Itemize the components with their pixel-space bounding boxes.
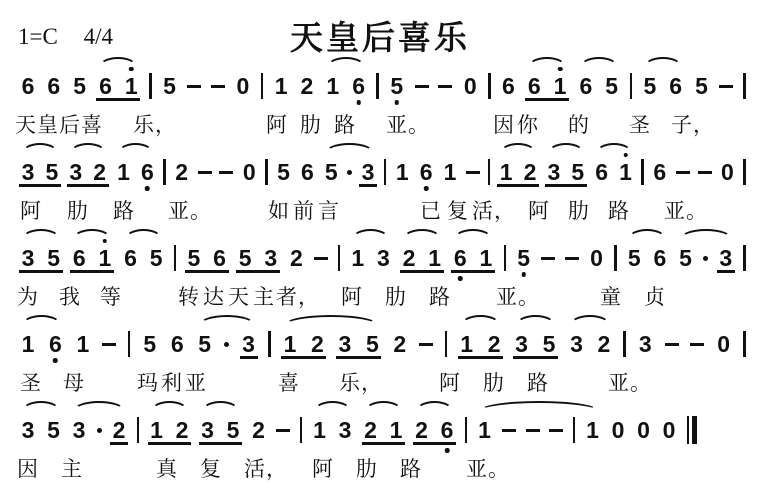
duration-dash [415, 85, 429, 88]
note-digit: 3 [20, 418, 36, 443]
bar-line [445, 331, 448, 357]
lyric-syllable: 圣 [20, 367, 42, 397]
note-digit: 6 [452, 246, 468, 271]
lyric-line-1: 天皇后喜乐，阿肋路亚。因你的圣子， [0, 109, 760, 137]
note-digit: 1 [75, 332, 91, 357]
lyric-syllable: 肋 [483, 367, 505, 397]
music-line-2: 35321620565316112356160 [20, 154, 746, 190]
beam-underline [19, 184, 61, 187]
note-digit: 2 [92, 160, 108, 185]
bar-line [261, 73, 264, 99]
lyric-syllable: 亚 [185, 367, 207, 397]
octave-dot-below [53, 358, 58, 363]
note-digit: 3 [337, 418, 353, 443]
note-digit: 6 [578, 74, 594, 99]
note-digit: 0 [235, 74, 251, 99]
beam-underline [96, 98, 140, 101]
lyric-syllable: 的 [568, 109, 590, 139]
lyric-syllable: 我 [59, 281, 81, 311]
note-digit: 1 [552, 74, 568, 99]
note-digit: 5 [642, 74, 658, 99]
duration-dash [102, 343, 116, 346]
time-signature: 4/4 [84, 24, 113, 49]
note-digit: 2 [174, 418, 190, 443]
note-digit: 2 [486, 332, 502, 357]
note-digit: 1 [149, 418, 165, 443]
bar-line [743, 73, 746, 99]
note-digit: 1 [273, 74, 289, 99]
note-digit: 1 [618, 160, 634, 185]
note-digit: 3 [568, 332, 584, 357]
duration-dash [541, 257, 555, 260]
bar-line [163, 159, 166, 185]
note-digit: 1 [116, 160, 132, 185]
beam-underline [236, 270, 280, 273]
octave-dot-below [145, 186, 150, 191]
augmentation-dot [224, 342, 229, 347]
lyric-syllable: 喜 [278, 367, 300, 397]
note-digit: 3 [241, 332, 257, 357]
note-digit: 1 [498, 160, 514, 185]
beam-underline [67, 184, 109, 187]
system-2: 35321620565316112356160阿肋路亚。如前言已复活，阿肋路亚。 [0, 154, 760, 240]
beam-underline [185, 270, 229, 273]
note-digit: 2 [596, 332, 612, 357]
note-digit: 3 [718, 246, 734, 271]
note-digit: 5 [197, 332, 213, 357]
key-time-signature: 1=C 4/4 [18, 24, 113, 50]
note-digit: 6 [594, 160, 610, 185]
note-digit: 5 [364, 332, 380, 357]
music-systems: 665615012165066165565天皇后喜乐，阿肋路亚。因你的圣子，35… [0, 68, 760, 498]
beam-underline [148, 442, 191, 445]
bar-line [630, 73, 633, 99]
note-digit: 3 [337, 332, 353, 357]
beam-underline [70, 270, 114, 273]
beam-underline [400, 270, 444, 273]
augmentation-dot [97, 428, 102, 433]
duration-dash [438, 85, 452, 88]
bar-line [573, 417, 576, 443]
note-digit: 3 [360, 160, 376, 185]
duration-dash [466, 171, 480, 174]
lyric-syllable: 阿 [266, 109, 288, 139]
lyric-syllable: 亚。 [466, 453, 510, 483]
note-digit: 5 [72, 74, 88, 99]
lyric-syllable: 言 [318, 195, 340, 225]
lyric-syllable: 皇 [37, 109, 59, 139]
note-digit: 6 [71, 246, 87, 271]
music-line-4: 16156531235212353230 [20, 326, 746, 362]
beam-underline [362, 442, 405, 445]
note-digit: 6 [299, 160, 315, 185]
note-digit: 5 [626, 246, 642, 271]
note-digit: 0 [716, 332, 732, 357]
lyric-syllable: 者， [276, 281, 320, 311]
bar-line [265, 159, 268, 185]
note-digit: 3 [71, 418, 87, 443]
note-digit: 2 [309, 332, 325, 357]
lyric-syllable: 阿 [528, 195, 550, 225]
note-digit: 5 [46, 418, 62, 443]
note-digit: 1 [282, 332, 298, 357]
lyric-syllable: 亚。 [386, 109, 430, 139]
note-digit: 3 [20, 160, 36, 185]
duration-dash [219, 171, 233, 174]
lyric-syllable: 亚。 [664, 195, 708, 225]
bar-line [641, 159, 644, 185]
lyric-syllable: 亚。 [168, 195, 212, 225]
augmentation-dot [347, 170, 352, 175]
note-digit: 1 [394, 160, 410, 185]
octave-dot-above [103, 239, 108, 244]
lyric-line-2: 阿肋路亚。如前言已复活，阿肋路亚。 [0, 195, 760, 223]
bar-line [300, 417, 303, 443]
note-digit: 6 [500, 74, 516, 99]
beam-underline [545, 184, 587, 187]
bar-line [137, 417, 140, 443]
note-digit: 6 [668, 74, 684, 99]
lyric-syllable: 亚。 [608, 367, 652, 397]
final-bar-thick [692, 416, 697, 444]
bar-line [268, 331, 271, 357]
note-digit: 3 [200, 418, 216, 443]
note-digit: 5 [323, 160, 339, 185]
lyric-line-4: 圣母玛利亚喜乐，阿肋路亚。 [0, 367, 760, 395]
note-digit: 5 [142, 332, 158, 357]
key-signature: 1=C [18, 24, 58, 49]
lyric-syllable: 复 [447, 195, 469, 225]
bar-line [488, 159, 491, 185]
lyric-syllable: 乐， [133, 109, 177, 139]
duration-dash [419, 343, 433, 346]
note-digit: 1 [477, 418, 493, 443]
note-digit: 0 [636, 418, 652, 443]
note-digit: 6 [47, 332, 63, 357]
note-digit: 0 [241, 160, 257, 185]
note-digit: 6 [439, 418, 455, 443]
note-digit: 1 [20, 332, 36, 357]
lyric-syllable: 转 [178, 281, 200, 311]
beam-underline [717, 270, 735, 273]
octave-dot-above [623, 153, 628, 158]
lyric-syllable: 主 [61, 453, 83, 483]
note-digit: 1 [427, 246, 443, 271]
music-line-3: 35616556532132161505653 [20, 240, 746, 276]
lyric-syllable: 玛 [137, 367, 159, 397]
note-digit: 2 [392, 332, 408, 357]
lyric-syllable: 肋 [67, 195, 89, 225]
note-digit: 6 [212, 246, 228, 271]
bar-line [465, 417, 468, 443]
bar-line [128, 331, 131, 357]
note-digit: 1 [312, 418, 328, 443]
lyric-syllable: 如 [268, 195, 290, 225]
note-digit: 5 [678, 246, 694, 271]
lyric-syllable: 肋 [385, 281, 407, 311]
note-digit: 5 [186, 246, 202, 271]
bar-line [743, 159, 746, 185]
lyric-syllable: 子， [671, 109, 715, 139]
note-digit: 5 [570, 160, 586, 185]
note-digit: 3 [263, 246, 279, 271]
bar-line [488, 73, 491, 99]
note-digit: 1 [585, 418, 601, 443]
note-digit: 5 [516, 246, 532, 271]
note-digit: 6 [97, 74, 113, 99]
note-digit: 6 [123, 246, 139, 271]
lyric-syllable: 路 [429, 281, 451, 311]
lyric-syllable: 前 [293, 195, 315, 225]
beam-underline [240, 356, 258, 359]
note-digit: 2 [251, 418, 267, 443]
lyric-syllable: 主 [253, 281, 275, 311]
duration-dash [211, 85, 225, 88]
music-line-5: 35321235213212611000 [20, 412, 697, 448]
lyric-syllable: 肋 [568, 195, 590, 225]
lyric-syllable: 肋 [300, 109, 322, 139]
duration-dash [187, 85, 201, 88]
lyric-syllable: 活， [244, 453, 288, 483]
lyric-syllable: 路 [113, 195, 135, 225]
beam-underline [525, 98, 569, 101]
lyric-syllable: 阿 [439, 367, 461, 397]
lyric-syllable: 达 [203, 281, 225, 311]
note-digit: 0 [589, 246, 605, 271]
note-digit: 6 [652, 160, 668, 185]
lyric-syllable: 童 [600, 281, 622, 311]
bar-line [623, 331, 626, 357]
note-digit: 6 [418, 160, 434, 185]
note-digit: 0 [610, 418, 626, 443]
lyric-syllable: 你 [517, 109, 539, 139]
note-digit: 3 [68, 160, 84, 185]
system-1: 665615012165066165565天皇后喜乐，阿肋路亚。因你的圣子， [0, 68, 760, 154]
lyric-syllable: 母 [63, 367, 85, 397]
beam-underline [110, 442, 128, 445]
bar-line [338, 245, 341, 271]
note-digit: 2 [414, 418, 430, 443]
lyric-syllable: 路 [334, 109, 356, 139]
beam-underline [336, 356, 381, 359]
lyric-syllable: 路 [527, 367, 549, 397]
octave-dot-below [395, 100, 400, 105]
note-digit: 5 [604, 74, 620, 99]
octave-dot-below [445, 448, 450, 453]
octave-dot-below [521, 272, 526, 277]
beam-underline [19, 270, 63, 273]
lyric-line-3: 为我等转达天主者，阿肋路亚。童贞 [0, 281, 760, 309]
duration-dash [690, 343, 704, 346]
note-digit: 2 [401, 246, 417, 271]
octave-dot-below [356, 100, 361, 105]
lyric-syllable: 因 [17, 453, 39, 483]
note-digit: 6 [20, 74, 36, 99]
octave-dot-below [458, 276, 463, 281]
note-digit: 5 [161, 74, 177, 99]
note-digit: 5 [389, 74, 405, 99]
note-digit: 5 [694, 74, 710, 99]
note-digit: 3 [375, 246, 391, 271]
lyric-syllable: 圣 [629, 109, 651, 139]
final-bar-thin [687, 416, 690, 444]
beam-underline [497, 184, 539, 187]
duration-dash [676, 171, 690, 174]
note-digit: 1 [459, 332, 475, 357]
octave-dot-below [424, 186, 429, 191]
lyric-syllable: 已 [420, 195, 442, 225]
beam-underline [413, 442, 456, 445]
bar-line [376, 73, 379, 99]
bar-line [174, 245, 177, 271]
duration-dash [698, 171, 712, 174]
octave-dot-above [129, 67, 134, 72]
lyric-syllable: 阿 [341, 281, 363, 311]
lyric-syllable: 天 [15, 109, 37, 139]
bar-line [384, 159, 387, 185]
note-digit: 3 [20, 246, 36, 271]
note-digit: 3 [546, 160, 562, 185]
lyric-syllable: 真 [156, 453, 178, 483]
note-digit: 5 [237, 246, 253, 271]
note-digit: 1 [388, 418, 404, 443]
note-digit: 1 [325, 74, 341, 99]
augmentation-dot [703, 256, 708, 261]
lyric-syllable: 活， [472, 195, 516, 225]
beam-underline [458, 356, 503, 359]
lyric-line-5: 因主真复活，阿肋路亚。 [0, 453, 760, 481]
duration-dash [314, 257, 328, 260]
lyric-syllable: 利 [161, 367, 183, 397]
system-4: 16156531235212353230圣母玛利亚喜乐，阿肋路亚。 [0, 326, 760, 412]
note-digit: 6 [526, 74, 542, 99]
note-digit: 1 [350, 246, 366, 271]
note-digit: 5 [148, 246, 164, 271]
note-digit: 2 [299, 74, 315, 99]
note-digit: 3 [637, 332, 653, 357]
lyric-syllable: 亚。 [496, 281, 540, 311]
note-digit: 5 [44, 160, 60, 185]
lyric-syllable: 等 [100, 281, 122, 311]
note-digit: 5 [225, 418, 241, 443]
lyric-syllable: 天 [228, 281, 250, 311]
note-digit: 1 [97, 246, 113, 271]
note-digit: 2 [288, 246, 304, 271]
note-digit: 1 [442, 160, 458, 185]
lyric-syllable: 复 [200, 453, 222, 483]
duration-dash [502, 429, 516, 432]
note-digit: 1 [123, 74, 139, 99]
bar-line [149, 73, 152, 99]
duration-dash [719, 85, 733, 88]
lyric-syllable: 路 [400, 453, 422, 483]
note-digit: 6 [351, 74, 367, 99]
lyric-syllable: 乐， [339, 367, 383, 397]
beam-underline [513, 356, 558, 359]
lyric-syllable: 喜 [81, 109, 103, 139]
note-digit: 6 [46, 74, 62, 99]
note-digit: 2 [522, 160, 538, 185]
lyric-syllable: 阿 [20, 195, 42, 225]
lyric-syllable: 肋 [356, 453, 378, 483]
note-digit: 5 [46, 246, 62, 271]
bar-line [743, 331, 746, 357]
note-digit: 6 [139, 160, 155, 185]
note-digit: 3 [514, 332, 530, 357]
note-digit: 1 [478, 246, 494, 271]
system-5: 35321235213212611000因主真复活，阿肋路亚。 [0, 412, 760, 498]
octave-dot-above [558, 67, 563, 72]
lyric-syllable: 后 [59, 109, 81, 139]
beam-underline [199, 442, 242, 445]
note-digit: 2 [174, 160, 190, 185]
beam-underline [359, 184, 377, 187]
duration-dash [665, 343, 679, 346]
note-digit: 2 [363, 418, 379, 443]
lyric-syllable: 贞 [644, 281, 666, 311]
duration-dash [565, 257, 579, 260]
bar-line [743, 245, 746, 271]
lyric-syllable: 为 [17, 281, 39, 311]
note-digit: 5 [276, 160, 292, 185]
song-title: 天皇后喜乐 [0, 12, 760, 59]
final-bar-line [687, 416, 698, 444]
lyric-syllable: 阿 [312, 453, 334, 483]
note-digit: 5 [541, 332, 557, 357]
note-digit: 0 [462, 74, 478, 99]
system-3: 35616556532132161505653为我等转达天主者，阿肋路亚。童贞 [0, 240, 760, 326]
sheet-music-page: 1=C 4/4 天皇后喜乐 665615012165066165565天皇后喜乐… [0, 0, 760, 498]
note-digit: 2 [111, 418, 127, 443]
note-digit: 6 [652, 246, 668, 271]
note-digit: 0 [661, 418, 677, 443]
beam-underline [281, 356, 326, 359]
bar-line [614, 245, 617, 271]
lyric-syllable: 路 [608, 195, 630, 225]
bar-line [504, 245, 507, 271]
beam-underline [451, 270, 495, 273]
duration-dash [276, 429, 290, 432]
note-digit: 0 [719, 160, 735, 185]
duration-dash [198, 171, 212, 174]
music-line-1: 665615012165066165565 [20, 68, 746, 104]
lyric-syllable: 因 [493, 109, 515, 139]
duration-dash [526, 429, 540, 432]
duration-dash [549, 429, 563, 432]
note-digit: 6 [169, 332, 185, 357]
